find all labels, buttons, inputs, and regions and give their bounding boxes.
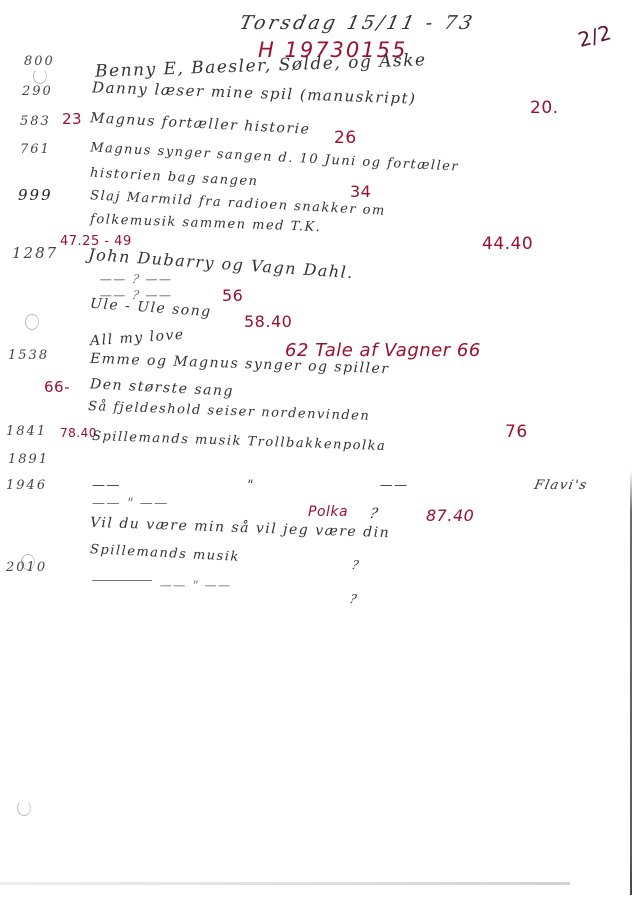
- counter: 761: [20, 142, 51, 157]
- punch-hole-bottom: [17, 800, 31, 816]
- entry-text: Den største sang: [90, 376, 235, 400]
- date-line: Torsdag 15/11 - 73: [238, 12, 477, 34]
- counter: 1891: [8, 452, 49, 467]
- counter: 290: [22, 84, 53, 99]
- entry-text: —— " ——: [159, 578, 234, 592]
- entry-text: All my love: [90, 327, 186, 350]
- page-edge-line: [630, 470, 632, 895]
- entry-text: folkemusik sammen med T.K.: [90, 212, 322, 235]
- polka-note: Polka: [308, 504, 348, 520]
- punch-hole-middle: [25, 314, 39, 330]
- entry-time: 76: [505, 422, 528, 442]
- counter: 1946: [6, 478, 47, 493]
- entry-text: historien bag sangen: [90, 166, 259, 190]
- entry-text: Magnus fortæller historie: [90, 110, 311, 138]
- entry-text: —— " ——: [90, 496, 170, 511]
- counter: 800: [24, 54, 55, 69]
- counter: 2010: [6, 560, 47, 575]
- polka-question: ?: [368, 506, 380, 522]
- entry-text: —— ? ——: [99, 272, 175, 286]
- page-bottom-shadow: [0, 882, 570, 885]
- entry-time: 56: [222, 286, 243, 305]
- counter: 583: [20, 114, 51, 129]
- counter: 1841: [6, 424, 47, 439]
- punch-hole-top: [33, 68, 47, 84]
- entry-text: Så fjeldeshold seiser nordenvinden: [88, 399, 371, 424]
- counter: 1287: [12, 244, 58, 262]
- entry-question: ?: [351, 558, 362, 572]
- entry-time: 58.40: [244, 312, 292, 331]
- page-indicator: 2/2: [575, 20, 614, 52]
- scanned-page: Torsdag 15/11 - 73 H 19730155 2/2 800 Be…: [0, 0, 637, 901]
- entry-question: ?: [349, 592, 360, 606]
- entry-text: Danny læser mine spil (manuskript): [92, 78, 417, 107]
- entry-time: 20.: [530, 98, 559, 118]
- entry-text: Spillemands musik Trollbakkenpolka: [92, 429, 387, 454]
- entry-time: 34: [350, 182, 371, 201]
- entry-text: —— " —— Flavi's vals.: [90, 478, 637, 493]
- entry-text: Spillemands musik: [90, 542, 240, 565]
- entry-marker: 23: [62, 110, 82, 128]
- entry-time: 26: [334, 128, 357, 148]
- entry-time: 44.40: [482, 234, 533, 254]
- entry-text: Ule - Ule song: [90, 296, 213, 320]
- polka-time: 87.40: [426, 506, 474, 525]
- counter: 999: [18, 186, 53, 204]
- entry-marker: 66-: [44, 378, 70, 396]
- ditto-line: [92, 580, 152, 581]
- counter: 1538: [8, 348, 49, 363]
